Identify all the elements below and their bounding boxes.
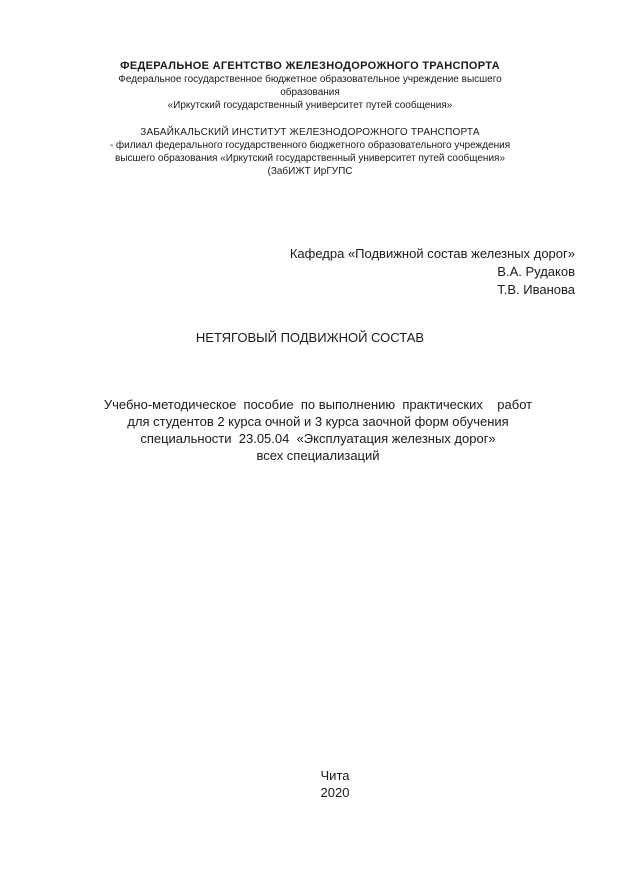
document-title: НЕТЯГОВЫЙ ПОДВИЖНОЙ СОСТАВ: [0, 330, 620, 345]
author-2: Т.В. Иванова: [497, 282, 575, 297]
city: Чита: [25, 768, 620, 783]
university-type-line: Федеральное государственное бюджетное об…: [0, 74, 620, 85]
year: 2020: [25, 785, 620, 800]
institute-name: ЗАБАЙКАЛЬСКИЙ ИНСТИТУТ ЖЕЛЕЗНОДОРОЖНОГО …: [0, 127, 620, 138]
institute-branch-line-2: высшего образования «Иркутский государст…: [0, 153, 620, 164]
institute-abbreviation: (ЗабИЖТ ИрГУПС: [0, 166, 620, 177]
university-name: «Иркутский государственный университет п…: [0, 100, 620, 111]
agency-name: ФЕДЕРАЛЬНОЕ АГЕНТСТВО ЖЕЛЕЗНОДОРОЖНОГО Т…: [0, 60, 620, 72]
university-type-line-2: образования: [0, 87, 620, 98]
description-line-4: всех специализаций: [8, 448, 620, 463]
institute-branch-line: - филиал федерального государственного б…: [0, 140, 620, 151]
description-line-2: для студентов 2 курса очной и 3 курса за…: [8, 414, 620, 429]
author-1: В.А. Рудаков: [497, 264, 575, 279]
department: Кафедра «Подвижной состав железных дорог…: [290, 246, 575, 261]
description-line-3: специальности 23.05.04 «Эксплуатация жел…: [8, 431, 620, 446]
description-line-1: Учебно-методическое пособие по выполнени…: [8, 397, 620, 412]
